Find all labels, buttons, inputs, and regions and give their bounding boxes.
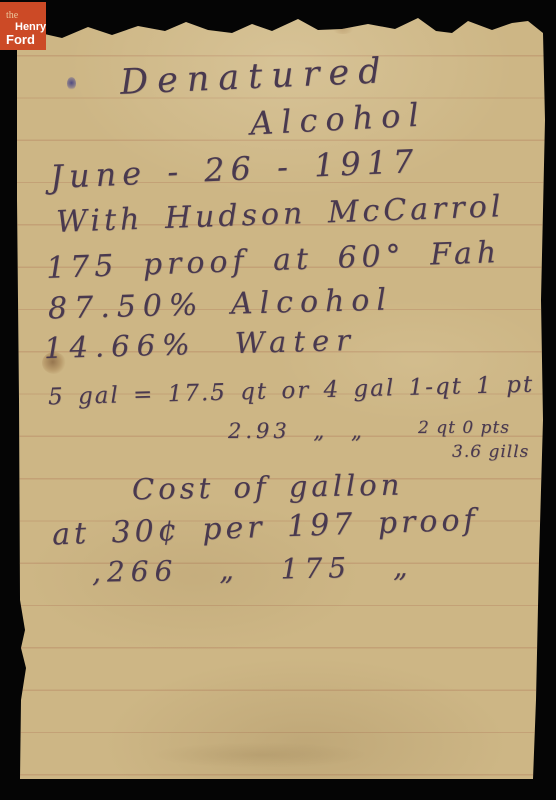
hw-participants-line: With Hudson McCarrol	[56, 192, 505, 238]
hw-alcohol-percent: 87.50% Alcohol	[48, 285, 394, 324]
paper-smudge	[150, 742, 370, 768]
hw-gills-note: 3.6 gills	[452, 444, 529, 461]
hw-proof-line: 175 proof at 60° Fah	[46, 238, 502, 284]
hw-cost-heading: Cost of gallon	[132, 471, 404, 505]
document-paper: Denatured Alcohol June - 26 - 1917 With …	[0, 0, 556, 800]
hw-volume-conversion: 5 gal = 17.5 qt or 4 gal 1-qt 1 pt	[48, 374, 535, 410]
hw-title-line-2: Alcohol	[249, 98, 427, 139]
henry-ford-logo: the Henry Ford	[0, 2, 46, 50]
hw-water-percent: 14.66% Water	[44, 326, 358, 363]
hw-title-line-1: Denatured	[119, 54, 390, 101]
hw-date-line: June - 26 - 1917	[49, 145, 419, 193]
logo-text-ford: Ford	[6, 33, 35, 46]
ink-dot	[67, 77, 76, 90]
hw-cost-rate-175: ,266 „ 175 „	[92, 553, 414, 587]
scan-canvas: Denatured Alcohol June - 26 - 1917 With …	[0, 0, 556, 800]
logo-text-the: the	[6, 11, 18, 21]
hw-qt-pt-note: 2 qt 0 pts	[418, 420, 510, 437]
hw-cost-rate-197: at 30¢ per 197 proof	[52, 506, 479, 551]
hw-conversion-cont: 2.93 „ „	[228, 421, 366, 442]
paper-stain-top	[330, 20, 356, 34]
